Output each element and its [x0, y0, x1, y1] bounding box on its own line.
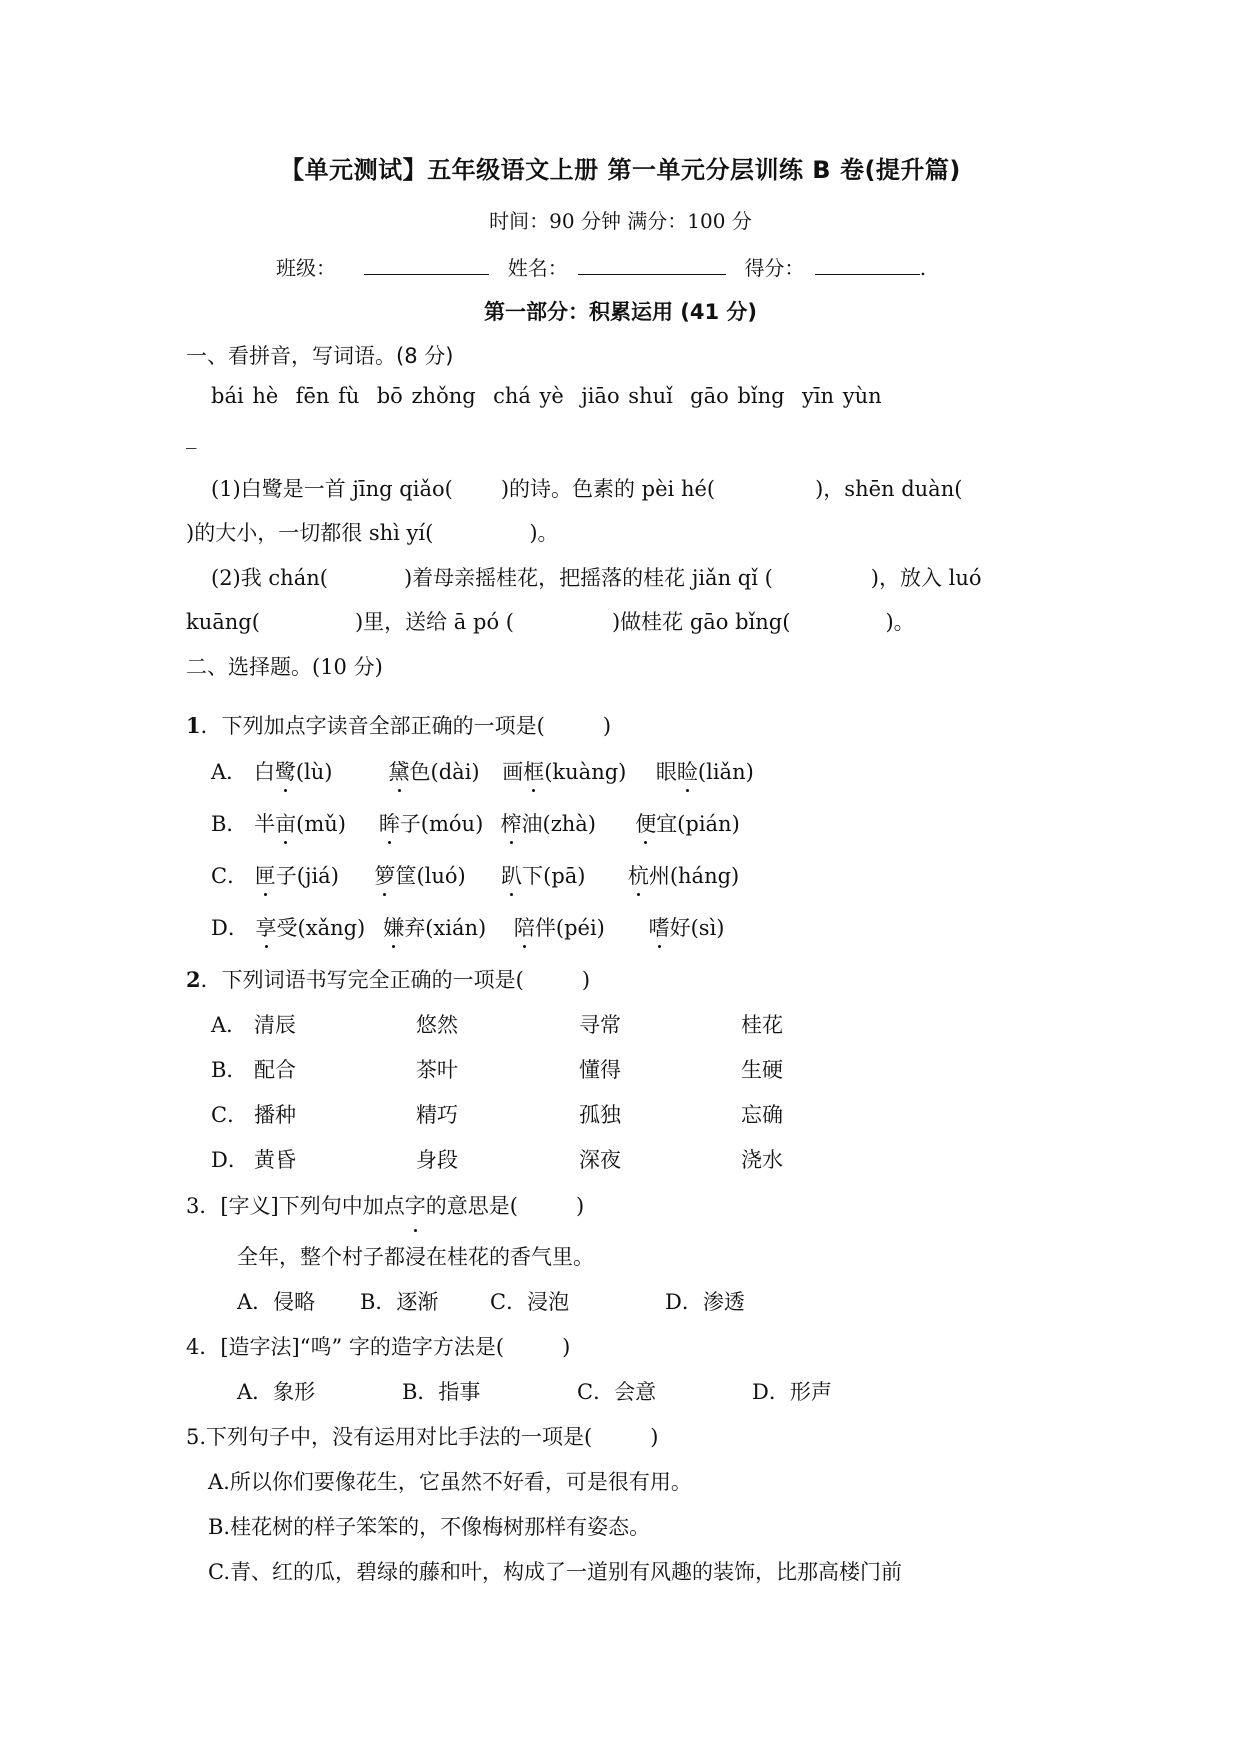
text: ): [576, 1194, 584, 1218]
text: )，shēn duàn(: [815, 477, 962, 501]
text: ．下列加点字读音全部正确的一项是(: [201, 714, 545, 738]
option-item: 嗜好(sì): [649, 912, 725, 942]
q1-stem: 1．下列加点字读音全部正确的一项是(): [186, 710, 611, 740]
pinyin-word: bái hè: [211, 384, 278, 408]
name-label: 姓名：: [508, 256, 568, 280]
text: 5.下列句子中，没有运用对比手法的一项是(: [186, 1425, 592, 1449]
option-label: C．: [211, 864, 248, 888]
pinyin-word: gāo bǐng: [690, 384, 784, 408]
pinyin-word: chá yè: [493, 384, 564, 408]
part1-title: 第一部分：积累运用 (41 分): [0, 296, 1241, 326]
option[interactable]: C．会意: [577, 1376, 656, 1406]
q5-option-c[interactable]: C.青、红的瓜，碧绿的藤和叶，构成了一道别有风趣的装饰，比那高楼门前: [208, 1556, 902, 1586]
option-item: 享受(xǎng): [256, 912, 371, 942]
option[interactable]: C．浸泡: [490, 1286, 569, 1316]
option[interactable]: B．指事: [402, 1376, 480, 1406]
option-word: 孤独: [579, 1099, 621, 1129]
q2-option-b: B．配合茶叶懂得生硬: [211, 1054, 247, 1084]
option[interactable]: D．形声: [752, 1376, 832, 1406]
option-label: C．: [211, 1103, 248, 1127]
q4-stem: 4．[造字法]“鸣” 字的造字方法是(): [186, 1331, 570, 1361]
option-word: 黄昏: [254, 1144, 296, 1174]
class-field[interactable]: [364, 256, 489, 275]
option-label: B．: [211, 812, 247, 836]
text: ): [562, 1335, 570, 1359]
option-label: A．: [211, 1013, 247, 1037]
q5-option-a[interactable]: A.所以你们要像花生，它虽然不好看，可是很有用。: [208, 1466, 692, 1496]
q2-number: 2: [186, 967, 201, 992]
q2-option-d: D．黄昏身段深夜浇水: [211, 1144, 249, 1174]
text: (2)我 chán(: [211, 566, 328, 590]
option-word: 忘确: [741, 1099, 783, 1129]
option-item: 黛色(dài): [389, 756, 484, 786]
option-word: 配合: [254, 1054, 296, 1084]
option-label: A．: [211, 760, 247, 784]
text: 全年，整个村子都: [237, 1245, 405, 1269]
answer-dash: _: [186, 425, 197, 449]
text: )做桂花 gāo bǐng(: [612, 610, 790, 634]
text: 4．[造字法]“鸣” 字的造字方法是(: [186, 1335, 504, 1359]
option-item: 榨油(zhà): [501, 808, 611, 838]
score-field[interactable]: [815, 256, 920, 275]
option-word: 播种: [254, 1099, 296, 1129]
text: (1)白鹭是一首 jīng qiǎo(: [211, 477, 453, 501]
score-label: 得分：: [744, 256, 804, 280]
option[interactable]: A．象形: [237, 1376, 315, 1406]
q5-stem: 5.下列句子中，没有运用对比手法的一项是(): [186, 1421, 658, 1451]
dotted-char: 浸: [405, 1241, 426, 1271]
text: )。: [529, 521, 558, 545]
item2-line2: kuāng()里，送给 ā pó ()做桂花 gāo bǐng()。: [186, 606, 915, 636]
option-item: 嫌弃(xián): [383, 912, 493, 942]
q1-option-b: B． 半亩(mǔ) 眸子(móu) 榨油(zhà) 便宜(pián): [211, 808, 740, 838]
option-item: 匣子(jiá): [255, 860, 350, 890]
option-item: 白鹭(lù): [254, 756, 354, 786]
option-label: D．: [211, 1148, 249, 1172]
class-label: 班级：: [276, 256, 336, 280]
q2-option-c: C．播种精巧孤独忘确: [211, 1099, 248, 1129]
text: )的大小，一切都很 shì yí(: [186, 521, 433, 545]
pinyin-word: jiāo shuǐ: [581, 384, 673, 408]
option[interactable]: B．逐渐: [360, 1286, 438, 1316]
text: ．下列词语书写完全正确的一项是(: [201, 968, 524, 992]
item2-line1: (2)我 chán()着母亲摇桂花，把摇落的桂花 jiǎn qǐ ()，放入 l…: [211, 562, 982, 592]
text: )，放入 luó: [871, 566, 982, 590]
item1-line2: )的大小，一切都很 shì yí()。: [186, 517, 559, 547]
text: 在桂花的香气里。: [426, 1245, 594, 1269]
option-word: 精巧: [416, 1099, 458, 1129]
option-word: 生硬: [741, 1054, 783, 1084]
section2-heading: 二、选择题。(10 分): [186, 651, 383, 681]
student-info-row: 班级： 姓名： 得分： .: [276, 252, 926, 281]
option-item: 趴下(pā): [501, 860, 611, 890]
option-word: 深夜: [579, 1144, 621, 1174]
text: )里，送给 ā pó (: [355, 610, 514, 634]
option-word: 悠然: [416, 1009, 458, 1039]
option-label: B．: [211, 1058, 247, 1082]
name-field[interactable]: [578, 256, 726, 275]
option-item: 便宜(pián): [635, 808, 740, 838]
option-word: 桂花: [741, 1009, 783, 1039]
fields-end-mark: .: [920, 256, 926, 280]
text: ): [650, 1425, 658, 1449]
q3-sentence: 全年，整个村子都浸在桂花的香气里。: [237, 1241, 594, 1271]
option-item: 杭州(háng): [628, 860, 739, 890]
option[interactable]: D．渗透: [665, 1286, 745, 1316]
option-item: 陪伴(péi): [514, 912, 624, 942]
q1-option-a: A． 白鹭(lù) 黛色(dài) 画框(kuàng) 眼睑(liǎn): [211, 756, 754, 786]
text: 3．[字义]下列句中加点字的意思是(: [186, 1194, 518, 1218]
option-item: 画框(kuàng): [502, 756, 637, 786]
item1-line1: (1)白鹭是一首 jīng qiǎo()的诗。色素的 pèi hé()，shēn…: [211, 473, 962, 503]
q1-option-c: C． 匣子(jiá) 箩筐(luó) 趴下(pā) 杭州(háng): [211, 860, 739, 890]
text: )着母亲摇桂花，把摇落的桂花 jiǎn qǐ (: [404, 566, 773, 590]
option-word: 身段: [416, 1144, 458, 1174]
q2-option-a: A．清辰悠然寻常桂花: [211, 1009, 247, 1039]
option-word: 茶叶: [416, 1054, 458, 1084]
exam-time-info: 时间：90 分钟 满分：100 分: [0, 205, 1241, 234]
option-item: 眸子(móu): [379, 808, 484, 838]
option-item: 半亩(mǔ): [254, 808, 354, 838]
pinyin-word: bō zhǒng: [377, 384, 476, 408]
text: )的诗。色素的 pèi hé(: [501, 477, 715, 501]
option[interactable]: A．侵略: [237, 1286, 315, 1316]
option-word: 清辰: [254, 1009, 296, 1039]
option-label: D．: [211, 916, 249, 940]
text: )。: [885, 610, 914, 634]
option-word: 懂得: [579, 1054, 621, 1084]
q1-number: 1: [186, 713, 201, 738]
q1-option-d: D． 享受(xǎng) 嫌弃(xián) 陪伴(péi) 嗜好(sì): [211, 912, 724, 942]
pinyin-word: yīn yùn: [802, 384, 882, 408]
q3-stem: 3．[字义]下列句中加点字的意思是(): [186, 1190, 584, 1220]
q5-option-b[interactable]: B.桂花树的样子笨笨的，不像梅树那样有姿态。: [208, 1511, 650, 1541]
option-item: 箩筐(luó): [374, 860, 474, 890]
option-item: 眼睑(liǎn): [656, 756, 754, 786]
emphasis-dot: [414, 1229, 417, 1232]
section1-heading: 一、看拼音，写词语。(8 分): [186, 340, 453, 370]
option-word: 浇水: [741, 1144, 783, 1174]
pinyin-word: fēn fù: [296, 384, 360, 408]
page-title: 【单元测试】五年级语文上册 第一单元分层训练 B 卷(提升篇): [0, 150, 1241, 185]
q2-stem: 2．下列词语书写完全正确的一项是(): [186, 964, 590, 994]
text: ): [582, 968, 590, 992]
text: kuāng(: [186, 610, 260, 634]
pinyin-list: bái hè fēn fù bō zhǒng chá yè jiāo shuǐ …: [211, 384, 882, 408]
text: ): [603, 714, 611, 738]
option-word: 寻常: [579, 1009, 621, 1039]
